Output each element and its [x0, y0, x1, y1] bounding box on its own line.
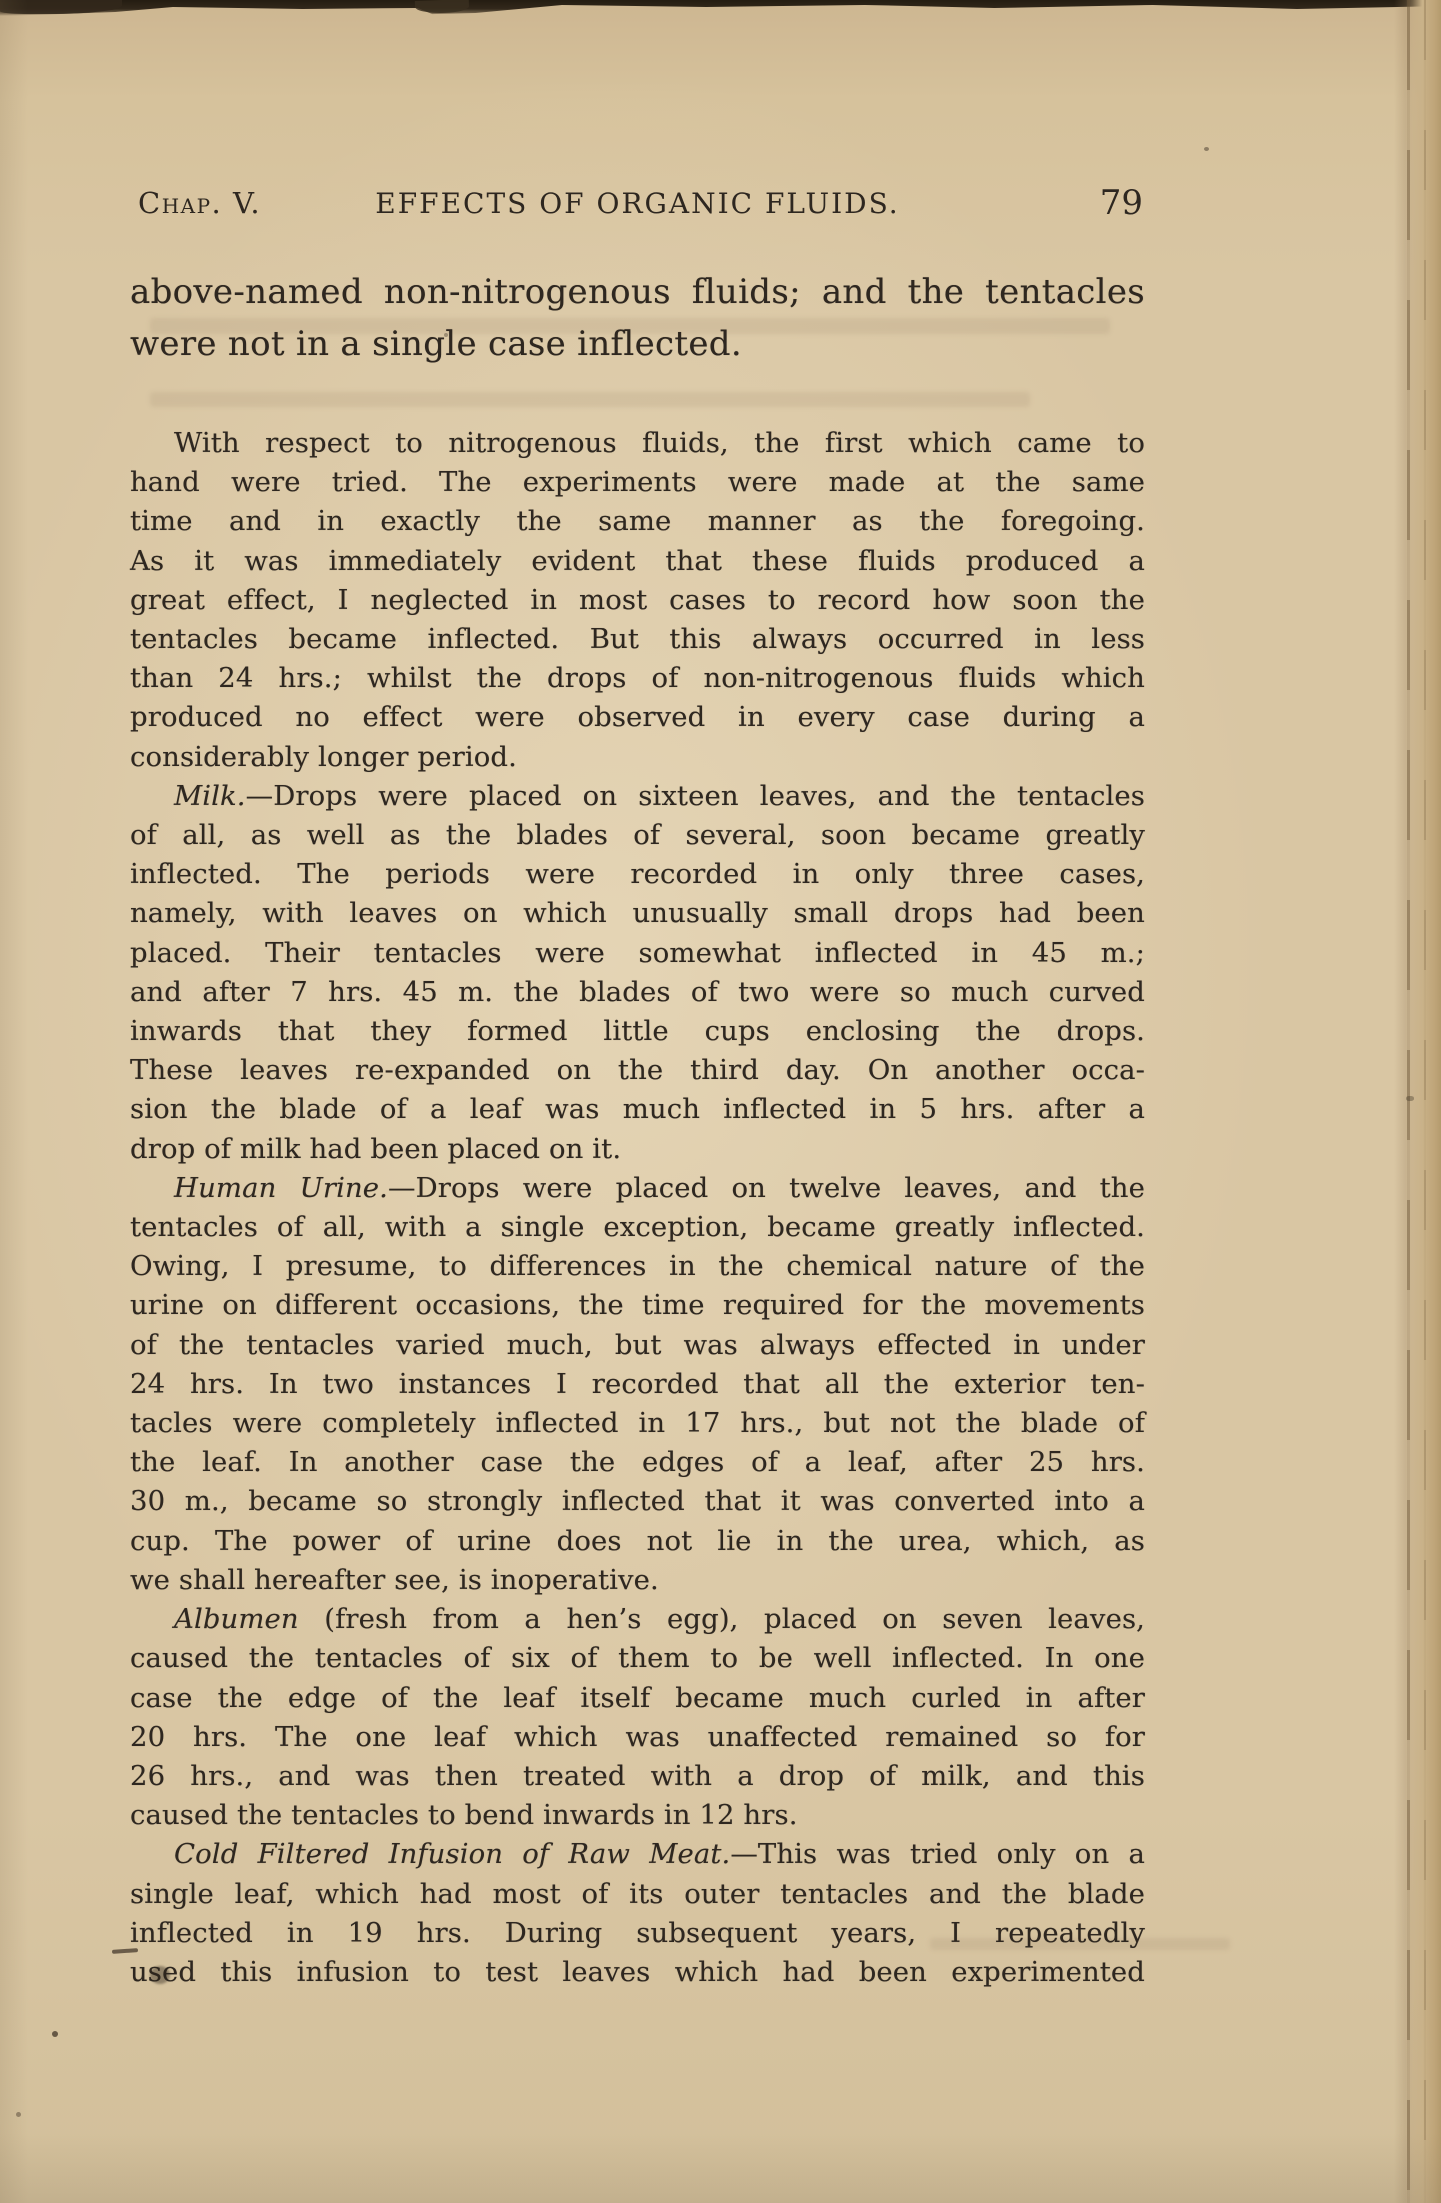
text-line: Albumen (fresh from a hen’s egg), placed… — [130, 1600, 1145, 1639]
text-line: considerably longer period. — [130, 738, 1145, 777]
text-line: produced no effect were observed in ever… — [130, 698, 1145, 737]
ink-blot — [150, 1966, 170, 1984]
text-line: than 24 hrs.; whilst the drops of non-ni… — [130, 659, 1145, 698]
text-line: 30 m., became so strongly inflected that… — [130, 1482, 1145, 1521]
text-line: caused the tentacles of six of them to b… — [130, 1639, 1145, 1678]
text-line: tacles were completely inflected in 17 h… — [130, 1404, 1145, 1443]
text-line: tentacles of all, with a single exceptio… — [130, 1208, 1145, 1247]
opening-paragraph: above-named non-nitrogenous fluids; and … — [130, 266, 1145, 370]
text-line: above-named non-nitrogenous fluids; and … — [130, 266, 1145, 318]
paper-speck — [16, 2112, 21, 2117]
text-line: we shall hereafter see, is inoperative. — [130, 1561, 1145, 1600]
text-line: inflected. The periods were recorded in … — [130, 855, 1145, 894]
text-line: were not in a single case inflected. — [130, 318, 1145, 370]
text-line: and after 7 hrs. 45 m. the blades of two… — [130, 973, 1145, 1012]
text-line: single leaf, which had most of its outer… — [130, 1875, 1145, 1914]
show-through-smudge — [150, 392, 1030, 407]
text-line: cup. The power of urine does not lie in … — [130, 1522, 1145, 1561]
page-edge-right — [1394, 0, 1441, 2203]
text-line: With respect to nitrogenous fluids, the … — [130, 424, 1145, 463]
text-line: Human Urine.—Drops were placed on twelve… — [130, 1169, 1145, 1208]
text-line: Owing, I presume, to differences in the … — [130, 1247, 1145, 1286]
paper-speck — [1406, 1096, 1414, 1101]
experiment-name-italic: Human Urine. — [174, 1172, 388, 1204]
text-line: These leaves re-expanded on the third da… — [130, 1051, 1145, 1090]
body-text: With respect to nitrogenous fluids, the … — [130, 424, 1145, 1992]
scan-artifact-top-edge — [0, 0, 1441, 16]
experiment-name-italic: Albumen — [174, 1603, 299, 1635]
paper-speck — [52, 2031, 58, 2037]
experiment-name-italic: Cold Filtered Infusion of Raw Meat. — [174, 1838, 730, 1870]
text-line: the leaf. In another case the edges of a… — [130, 1443, 1145, 1482]
text-line: Cold Filtered Infusion of Raw Meat.—This… — [130, 1835, 1145, 1874]
text-line: hand were tried. The experiments were ma… — [130, 463, 1145, 502]
text-line: case the edge of the leaf itself became … — [130, 1679, 1145, 1718]
paper-speck — [1204, 147, 1209, 151]
text-line: sion the blade of a leaf was much inflec… — [130, 1090, 1145, 1129]
paper-speck — [444, 333, 448, 337]
text-line: drop of milk had been placed on it. — [130, 1130, 1145, 1169]
text-line: 20 hrs. The one leaf which was unaffecte… — [130, 1718, 1145, 1757]
text-line: time and in exactly the same manner as t… — [130, 502, 1145, 541]
text-line: Milk.—Drops were placed on sixteen leave… — [130, 777, 1145, 816]
page-number: 79 — [1100, 183, 1143, 223]
text-line: 24 hrs. In two instances I recorded that… — [130, 1365, 1145, 1404]
running-title: EFFECTS OF ORGANIC FLUIDS. — [130, 187, 1145, 220]
text-line: 26 hrs., and was then treated with a dro… — [130, 1757, 1145, 1796]
text-line: inwards that they formed little cups enc… — [130, 1012, 1145, 1051]
text-line: used this infusion to test leaves which … — [130, 1953, 1145, 1992]
text-line: great effect, I neglected in most cases … — [130, 581, 1145, 620]
text-line: caused the tentacles to bend inwards in … — [130, 1796, 1145, 1835]
experiment-name-italic: Milk. — [174, 780, 246, 812]
book-page: Chap. V. EFFECTS OF ORGANIC FLUIDS. 79 a… — [0, 0, 1441, 2203]
text-line: of all, as well as the blades of several… — [130, 816, 1145, 855]
running-header: Chap. V. EFFECTS OF ORGANIC FLUIDS. 79 — [130, 183, 1145, 223]
text-line: urine on different occasions, the time r… — [130, 1286, 1145, 1325]
text-line: inflected in 19 hrs. During subsequent y… — [130, 1914, 1145, 1953]
text-line: placed. Their tentacles were somewhat in… — [130, 934, 1145, 973]
text-line: of the tentacles varied much, but was al… — [130, 1326, 1145, 1365]
text-line: As it was immediately evident that these… — [130, 542, 1145, 581]
text-line: namely, with leaves on which unusually s… — [130, 894, 1145, 933]
text-line: tentacles became inflected. But this alw… — [130, 620, 1145, 659]
